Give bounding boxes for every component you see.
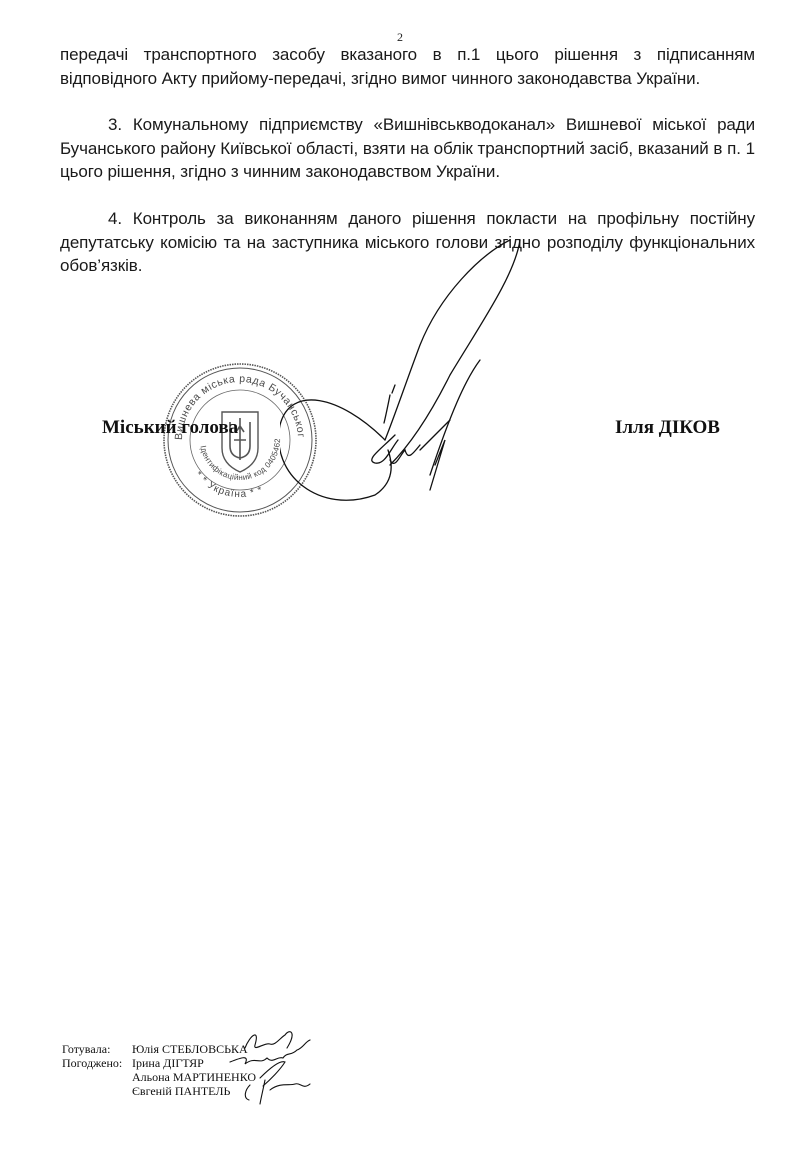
mayor-signature bbox=[280, 235, 540, 525]
approved-by-name: Євгеній ПАНТЕЛЬ bbox=[132, 1084, 230, 1098]
paragraph-continuation: передачі транспортного засобу вказаного … bbox=[60, 43, 755, 90]
paragraph-continuation-text: передачі транспортного засобу вказаного … bbox=[60, 43, 755, 90]
paragraph-3: 3. Комунальному підприємству «Вишнівськв… bbox=[60, 113, 755, 184]
paragraph-3-text: 3. Комунальному підприємству «Вишнівськв… bbox=[60, 113, 755, 184]
approved-by-name: Ірина ДІГТЯР bbox=[132, 1056, 204, 1070]
approved-label: Погоджено: bbox=[62, 1056, 132, 1070]
signatory-name: Ілля ДІКОВ bbox=[615, 417, 720, 439]
footer-initials-signatures bbox=[225, 1020, 335, 1105]
signatory-title: Міський голова bbox=[102, 417, 238, 439]
prepared-label: Готувала: bbox=[62, 1042, 132, 1056]
